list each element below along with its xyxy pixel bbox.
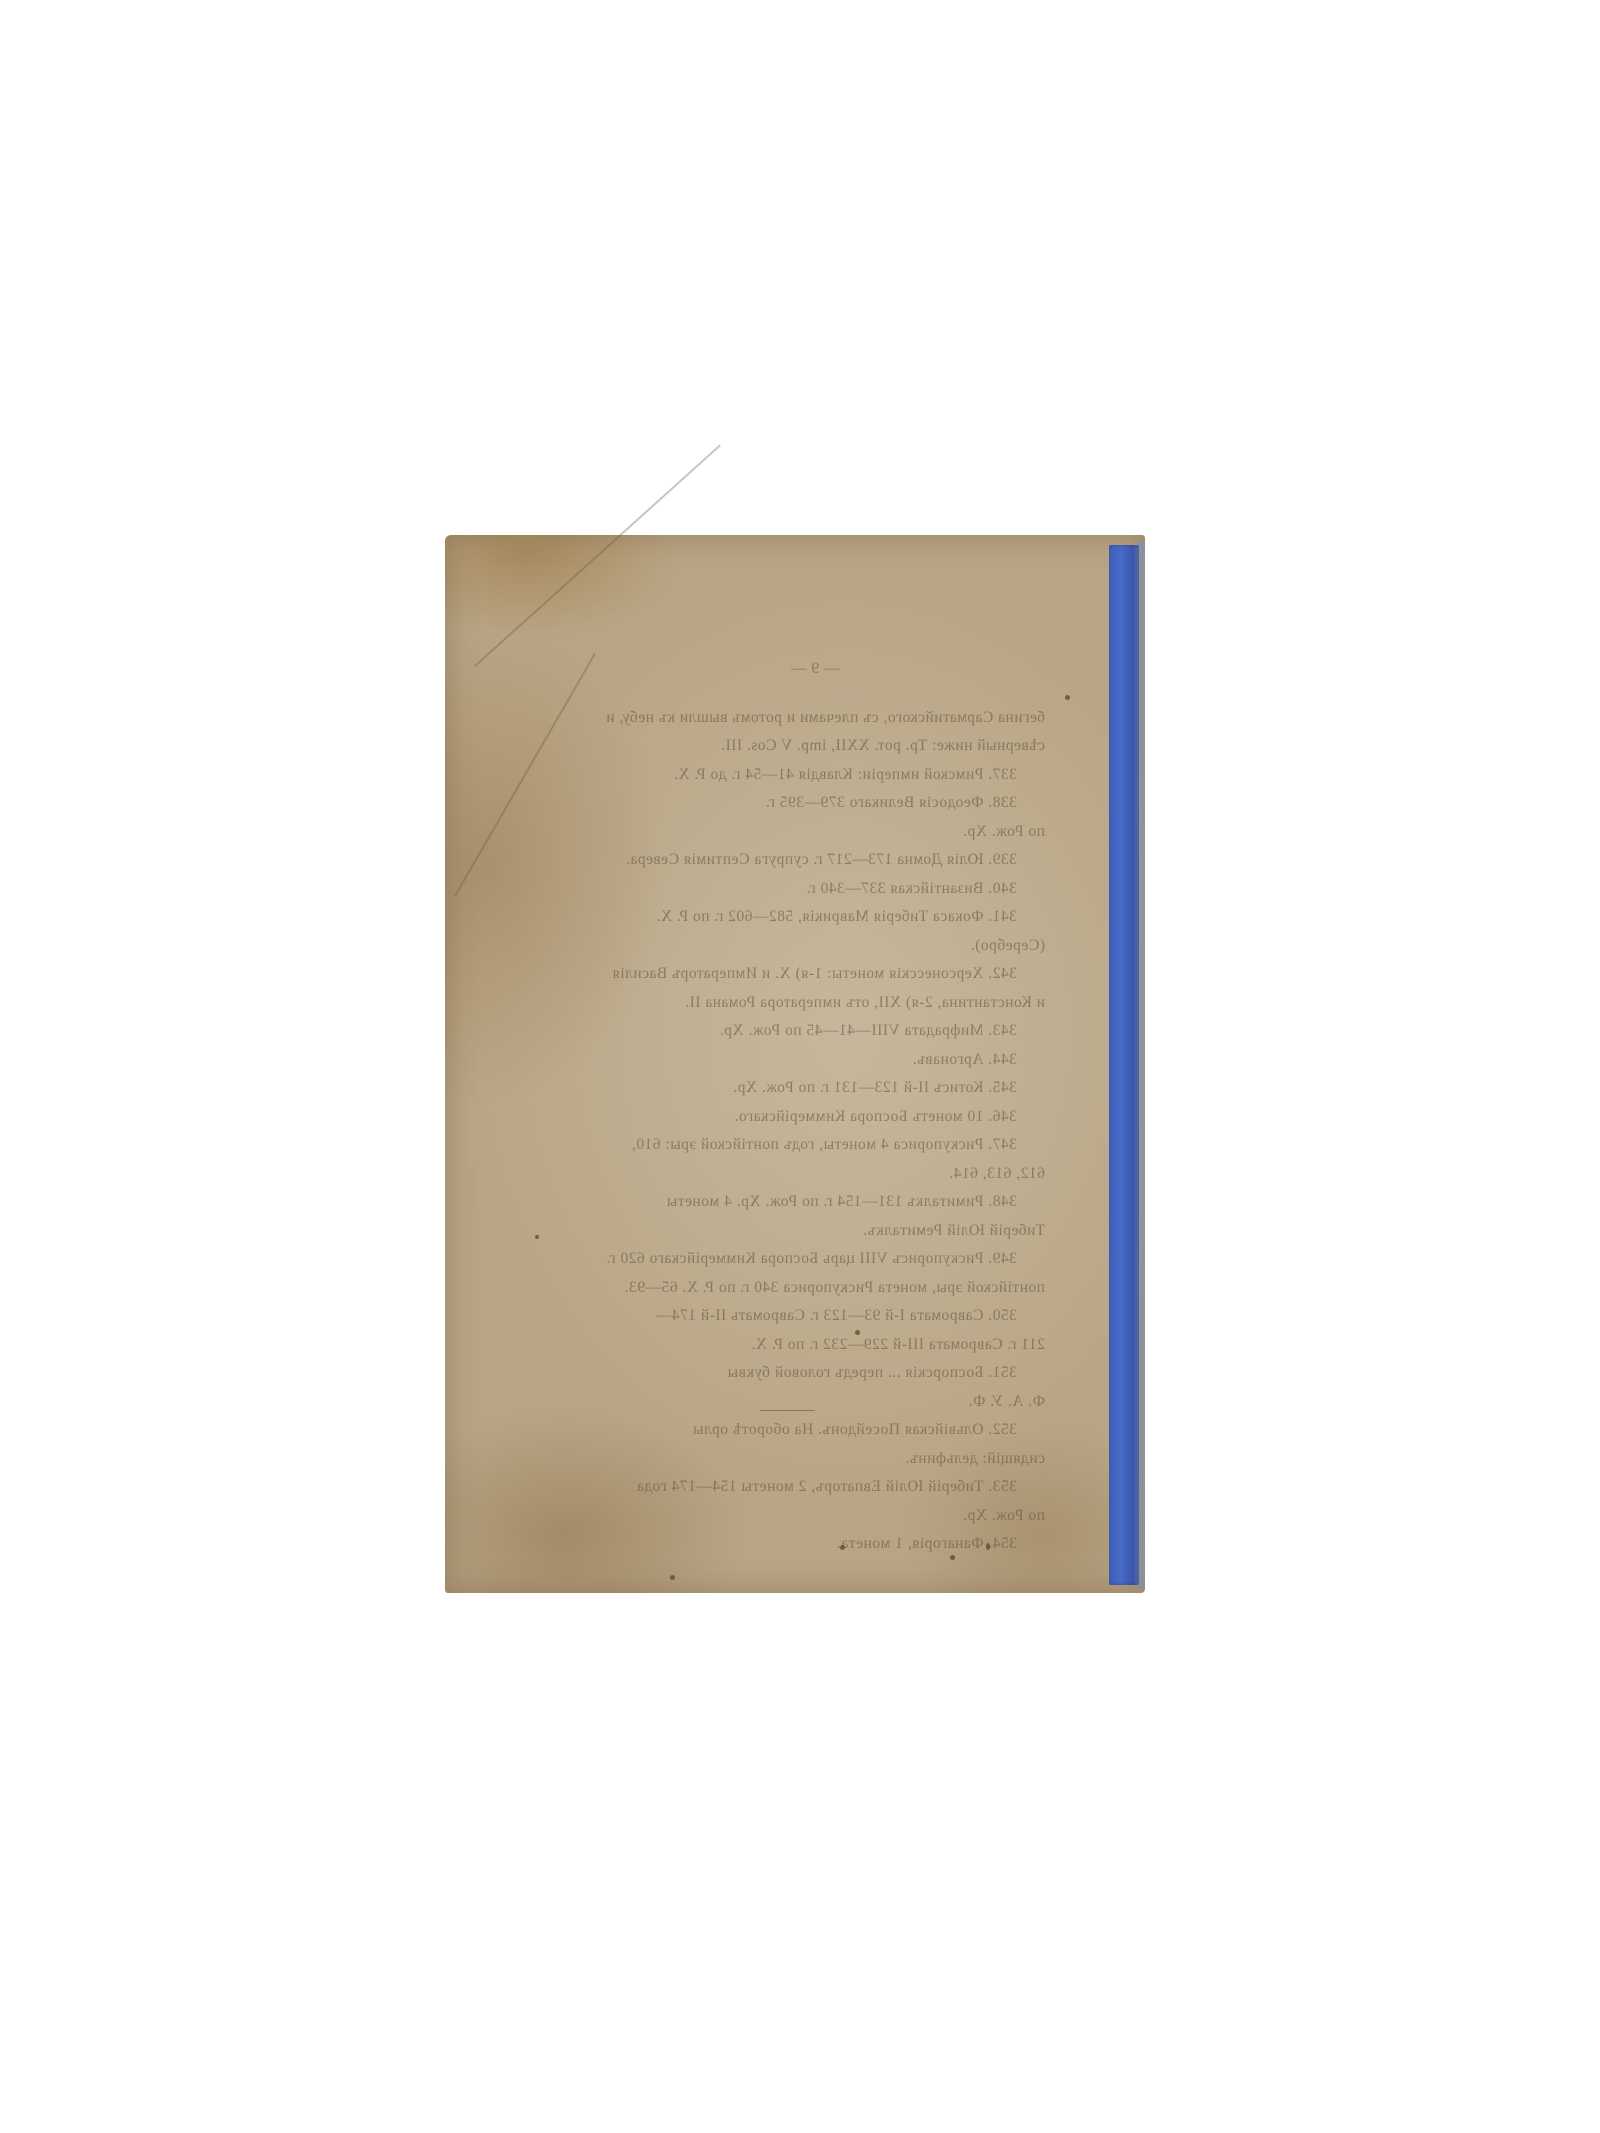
text-line: сѣверный ниже: Тр. рот. XXII, imp. V Cos… bbox=[585, 732, 1045, 761]
foxing-spot bbox=[670, 1575, 675, 1580]
text-line: 354. Фанагорія, 1 монета. bbox=[585, 1530, 1045, 1559]
text-line: и Константина, 2-я) XII, отъ императора … bbox=[585, 989, 1045, 1018]
foxing-spot bbox=[535, 1235, 539, 1239]
text-line: по Рож. Хр. bbox=[585, 1502, 1045, 1531]
text-line: 337. Римской имперіи: Клавдія 41—54 г. д… bbox=[585, 761, 1045, 790]
text-line: по Рож. Хр. bbox=[585, 818, 1045, 847]
document-page: — 9 — бегина Сарматийского, съ плечами и… bbox=[445, 535, 1145, 1593]
foxing-spot bbox=[855, 1330, 860, 1335]
text-line: сидящій: дельфинъ. bbox=[585, 1445, 1045, 1474]
text-line: 345. Котисъ II-й 123—131 г. по Рож. Хр. bbox=[585, 1074, 1045, 1103]
text-line: Тиберій Юлій Ремиталкъ. bbox=[585, 1217, 1045, 1246]
text-line: 339. Юлія Домна 173—217 г. супруга Септи… bbox=[585, 846, 1045, 875]
text-line: 352. Ольвійская Посейдонъ. На оборотѣ ор… bbox=[585, 1416, 1045, 1445]
text-line: 338. Феодосія Великаго 379—395 г. bbox=[585, 789, 1045, 818]
text-line: 343. Мифрадата VIII—41—45 по Рож. Хр. bbox=[585, 1017, 1045, 1046]
end-rule bbox=[760, 1410, 815, 1411]
text-line: 346. 10 монетъ Боспора Киммерійскаго. bbox=[585, 1103, 1045, 1132]
text-line: понтійской эры, монета Рискупориса 340 г… bbox=[585, 1274, 1045, 1303]
foxing-spot bbox=[986, 1543, 990, 1550]
text-line: 353. Тиберій Юлій Евпаторъ, 2 монеты 154… bbox=[585, 1473, 1045, 1502]
page-number: — 9 — bbox=[585, 655, 1045, 684]
text-line: 340. Византійская 337—340 г. bbox=[585, 875, 1045, 904]
text-line: 341. Фокаса Тиберія Маврикія, 582—602 г.… bbox=[585, 903, 1045, 932]
text-line: бегина Сарматийского, съ плечами и ротом… bbox=[585, 704, 1045, 733]
text-line: 211 г. Савромата III-й 229—232 г. по Р. … bbox=[585, 1331, 1045, 1360]
text-line: Ф. А. У. Ф. bbox=[585, 1388, 1045, 1417]
text-line: 351. Боспорскія ... передъ головой буквы bbox=[585, 1359, 1045, 1388]
text-line: (Серебро). bbox=[585, 932, 1045, 961]
blue-binding-spine bbox=[1109, 545, 1139, 1585]
paper-crease bbox=[474, 444, 721, 666]
text-line: 348. Римиталкъ 131—154 г. по Рож. Хр. 4 … bbox=[585, 1188, 1045, 1217]
text-line: 347. Рискупориса 4 монеты, годъ понтійск… bbox=[585, 1131, 1045, 1160]
mirrored-text-block: — 9 — бегина Сарматийского, съ плечами и… bbox=[585, 655, 1045, 1559]
text-line: 342. Херсонесскія монеты: 1-я) Х. и Импе… bbox=[585, 960, 1045, 989]
text-line: 344. Аргонавъ. bbox=[585, 1046, 1045, 1075]
text-line: 612, 613, 614. bbox=[585, 1160, 1045, 1189]
text-line: 349. Рискупорисъ VIII царь Боспора Кимме… bbox=[585, 1245, 1045, 1274]
paper-crease bbox=[454, 653, 596, 896]
text-line: 350. Савромата I-й 93—123 г. Савромать I… bbox=[585, 1302, 1045, 1331]
foxing-spot bbox=[950, 1555, 955, 1560]
foxing-spot bbox=[1065, 695, 1070, 700]
foxing-spot bbox=[840, 1545, 845, 1550]
